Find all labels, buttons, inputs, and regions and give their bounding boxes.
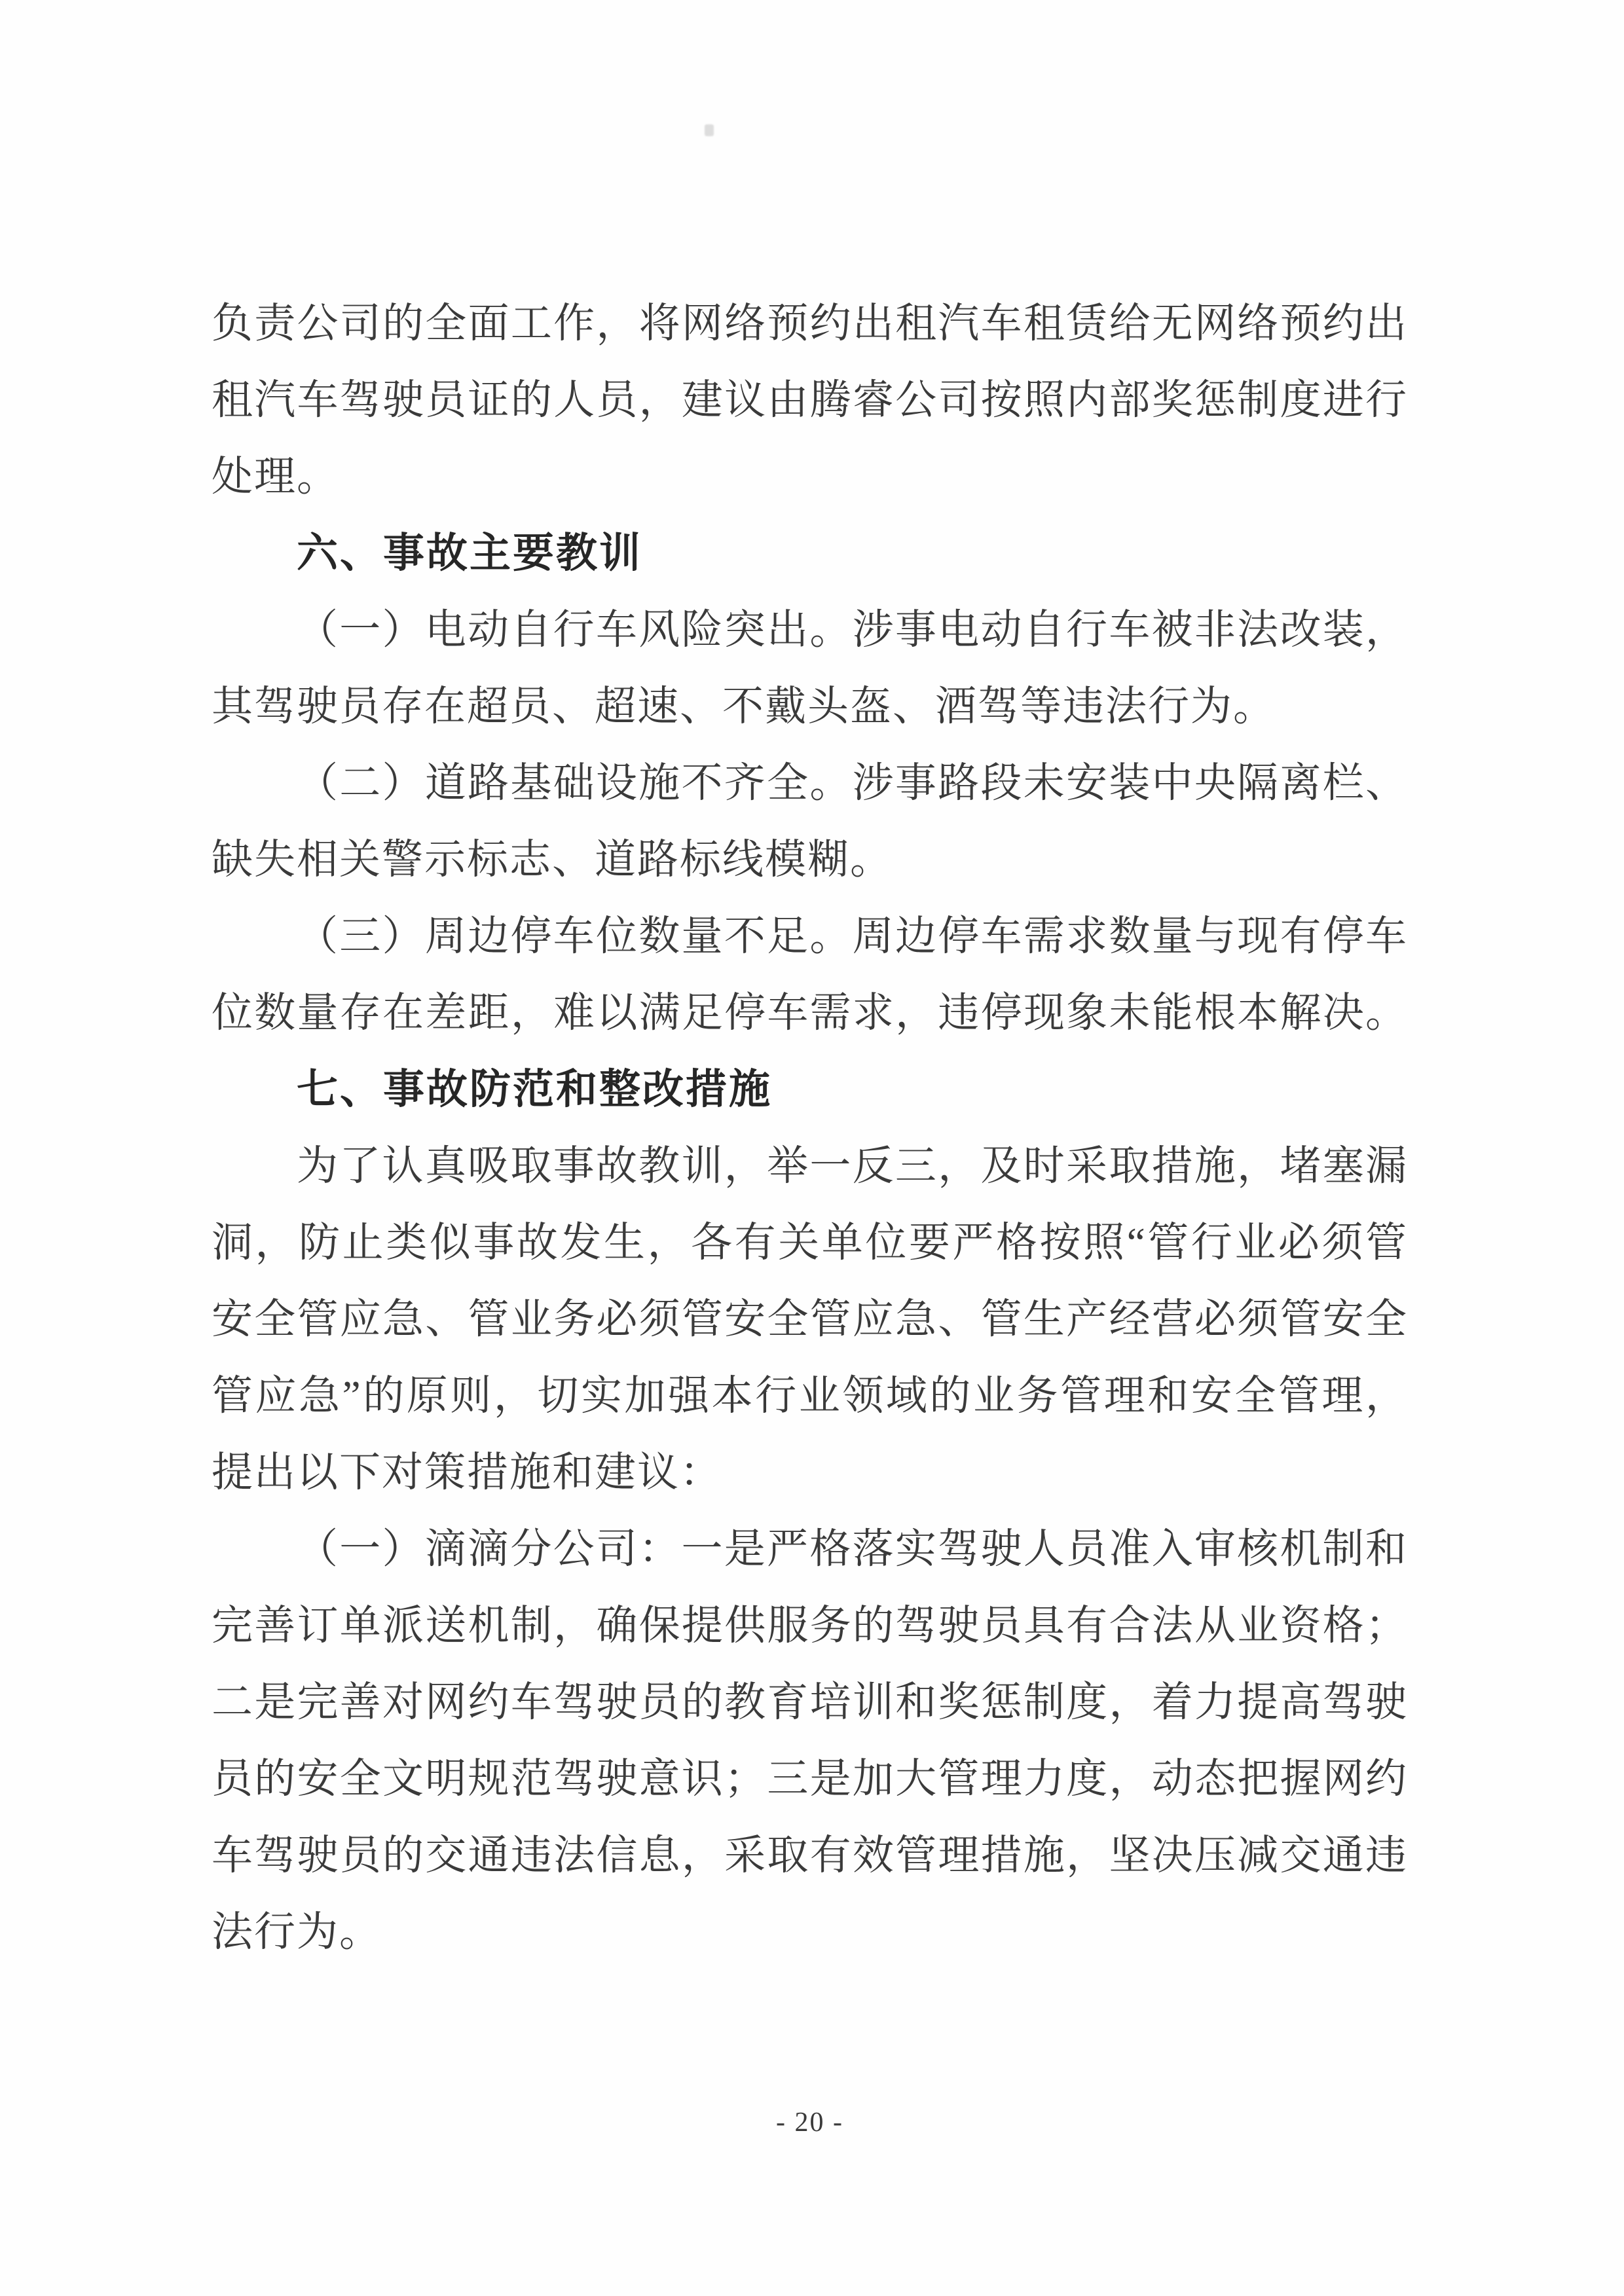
text-line: （二）道路基础设施不齐全。涉事路段未安装中央隔离栏、 bbox=[212, 745, 1408, 822]
text-line: 其驾驶员存在超员、超速、不戴头盔、酒驾等违法行为。 bbox=[212, 668, 1408, 745]
text-line: （一）电动自行车风险突出。涉事电动自行车被非法改装， bbox=[212, 592, 1408, 668]
text-line: 洞，防止类似事故发生，各有关单位要严格按照“管行业必须管 bbox=[212, 1205, 1408, 1281]
section-heading: 七、事故防范和整改措施 bbox=[212, 1051, 1408, 1128]
text-line: 处理。 bbox=[212, 439, 1408, 515]
page-number: - 20 - bbox=[212, 2096, 1408, 2149]
text-line: 缺失相关警示标志、道路标线模糊。 bbox=[212, 822, 1408, 898]
text-line: （三）周边停车位数量不足。周边停车需求数量与现有停车 bbox=[212, 898, 1408, 975]
text-line: 管应急”的原则，切实加强本行业领域的业务管理和安全管理， bbox=[212, 1358, 1408, 1434]
text-line: 负责公司的全面工作，将网络预约出租汽车租赁给无网络预约出 bbox=[212, 285, 1408, 362]
text-line: 提出以下对策措施和建议： bbox=[212, 1434, 1408, 1511]
text-line: 位数量存在差距，难以满足停车需求，违停现象未能根本解决。 bbox=[212, 975, 1408, 1051]
scan-artifact bbox=[705, 124, 714, 136]
text-line: 法行为。 bbox=[212, 1894, 1408, 1971]
text-line: 租汽车驾驶员证的人员，建议由腾睿公司按照内部奖惩制度进行 bbox=[212, 362, 1408, 439]
text-line: 为了认真吸取事故教训，举一反三，及时采取措施，堵塞漏 bbox=[212, 1128, 1408, 1205]
text-line: 员的安全文明规范驾驶意识；三是加大管理力度，动态把握网约 bbox=[212, 1741, 1408, 1817]
document-page: 负责公司的全面工作，将网络预约出租汽车租赁给无网络预约出租汽车驾驶员证的人员，建… bbox=[0, 0, 1624, 2296]
text-line: 二是完善对网约车驾驶员的教育培训和奖惩制度，着力提高驾驶 bbox=[212, 1664, 1408, 1741]
text-line: 安全管应急、管业务必须管安全管应急、管生产经营必须管安全 bbox=[212, 1281, 1408, 1358]
text-line: 车驾驶员的交通违法信息，采取有效管理措施，坚决压减交通违 bbox=[212, 1817, 1408, 1894]
text-line: 完善订单派送机制，确保提供服务的驾驶员具有合法从业资格； bbox=[212, 1588, 1408, 1664]
section-heading: 六、事故主要教训 bbox=[212, 515, 1408, 592]
text-line: （一）滴滴分公司：一是严格落实驾驶人员准入审核机制和 bbox=[212, 1511, 1408, 1588]
document-lines: 负责公司的全面工作，将网络预约出租汽车租赁给无网络预约出租汽车驾驶员证的人员，建… bbox=[212, 285, 1408, 1971]
